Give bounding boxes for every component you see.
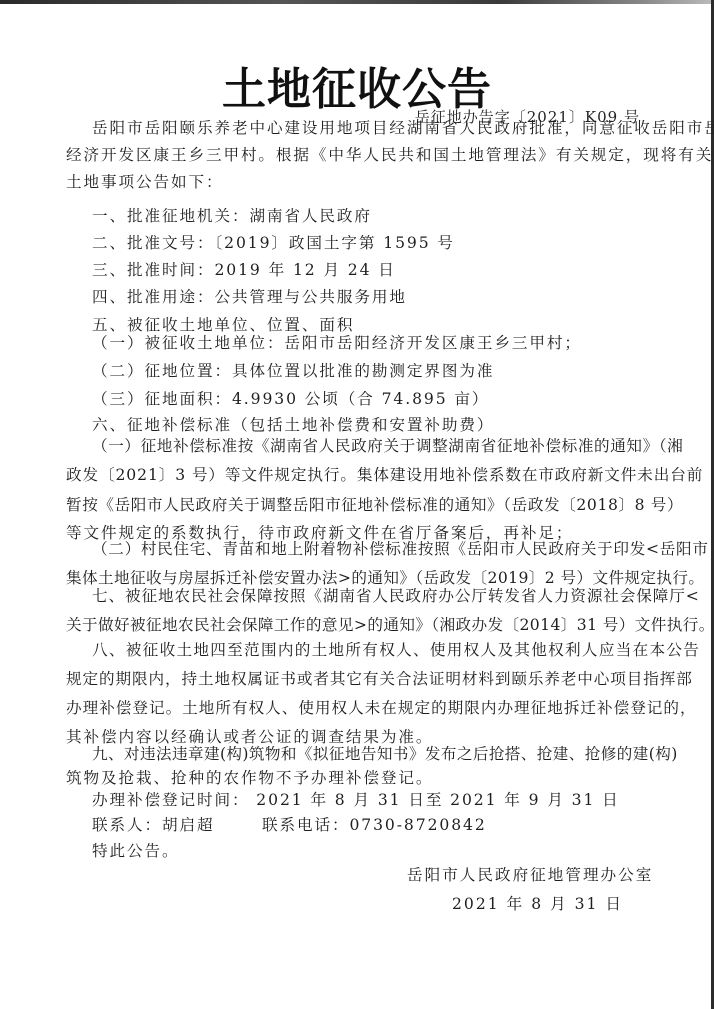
compensation-1-line-3: 暂按《岳阳市人民政府关于调整岳阳市征地补偿标准的通知》（岳政发〔2018〕8 号… <box>66 495 686 515</box>
scan-top-border <box>0 0 714 4</box>
signature-issuer: 岳阳市人民政府征地管理办公室 <box>407 865 653 885</box>
item-approval-date: 三、批准时间：2019 年 12 月 24 日 <box>92 260 712 280</box>
item-land-info-heading: 五、被征收土地单位、位置、面积 <box>92 315 712 335</box>
compensation-1-line-1: （一）征地补偿标准按《湖南省人民政府关于调整湖南省征地补偿标准的通知》（湘 <box>92 436 712 456</box>
signature-date: 2021 年 8 月 31 日 <box>452 894 623 914</box>
intro-line-2: 经济开发区康王乡三甲村。根据《中华人民共和国土地管理法》有关规定，现将有关征收 <box>66 145 686 165</box>
item-approval-doc-no: 二、批准文号：〔2019〕政国土字第 1595 号 <box>92 233 712 253</box>
item7-line-1: 七、被征地农民社会保障按照《湖南省人民政府办公厅转发省人力资源社会保障厅< <box>92 586 712 606</box>
intro-line-3: 土地事项公告如下： <box>66 172 686 192</box>
compensation-1-line-2: 政发〔2021〕3 号）等文件规定执行。集体建设用地补偿系数在市政府新文件未出台… <box>66 465 686 485</box>
item-land-unit: （一）被征收土地单位：岳阳市岳阳经济开发区康王乡三甲村； <box>92 333 712 353</box>
compensation-2-line-1: （二）村民住宅、青苗和地上附着物补偿标准按照《岳阳市人民政府关于印发<岳阳市 <box>92 539 712 559</box>
item8-line-2: 规定的期限内，持土地权属证书或者其它有关合法证明材料到颐乐养老中心项目指挥部 <box>66 669 686 689</box>
item7-line-2: 关于做好被征地农民社会保障工作的意见>的通知》（湘政办发〔2014〕31 号）文… <box>66 615 686 635</box>
item-approval-authority: 一、批准征地机关：湖南省人民政府 <box>92 206 712 226</box>
item-compensation-heading: 六、征地补偿标准（包括土地补偿费和安置补助费） <box>92 415 712 435</box>
item-land-area: （三）征地面积：4.9930 公顷（合 74.895 亩） <box>92 389 712 409</box>
item-land-location: （二）征地位置：具体位置以批准的勘测定界图为准 <box>92 361 712 381</box>
compensation-2-line-2: 集体土地征收与房屋拆迁补偿安置办法>的通知》（岳政发〔2019〕2 号）文件规定… <box>66 568 686 588</box>
item8-line-3: 办理补偿登记。土地所有权人、使用权人未在规定的期限内办理征地拆迁补偿登记的， <box>66 698 686 718</box>
intro-line-1: 岳阳市岳阳颐乐养老中心建设用地项目经湖南省人民政府批准，同意征收岳阳市岳阳 <box>92 118 686 138</box>
contact-phone: 联系电话：0730-8720842 <box>262 815 562 835</box>
item8-line-1: 八、被征收土地四至范围内的土地所有权人、使用权人及其他权利人应当在本公告 <box>92 640 712 660</box>
item9-line-1: 九、对违法违章建(构)筑物和《拟征地告知书》发布之后抢搭、抢建、抢修的建(构) <box>92 744 712 764</box>
item9-line-2: 筑物及抢栽、抢种的农作物不予办理补偿登记。 <box>66 768 686 788</box>
registration-time: 办理补偿登记时间： 2021 年 8 月 31 日至 2021 年 9 月 31… <box>92 790 712 810</box>
item-approval-use: 四、批准用途：公共管理与公共服务用地 <box>92 287 712 307</box>
closing-text: 特此公告。 <box>92 841 712 861</box>
